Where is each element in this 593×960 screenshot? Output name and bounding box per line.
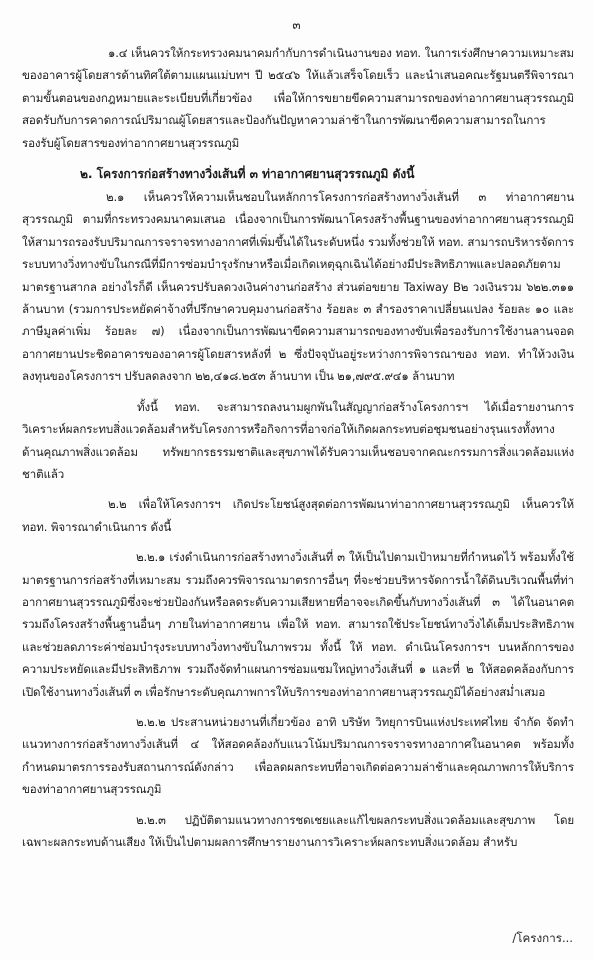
section-2-heading: ๒. โครงการก่อสร้างทางวิ่งเส้นที่ ๓ ท่าอา… bbox=[22, 162, 574, 186]
document-page: ๓ ๑.๔ เห็นควรให้กระทรวงคมนาคมกำกับการดำเ… bbox=[0, 0, 593, 960]
page-number: ๓ bbox=[0, 16, 593, 35]
paragraph-2-1: ๒.๑ เห็นควรให้ความเห็นชอบในหลักการโครงกา… bbox=[22, 186, 574, 388]
paragraph-2-2-1: ๒.๒.๑ เร่งดำเนินการก่อสร้างทางวิ่งเส้นที… bbox=[22, 546, 574, 703]
document-body: ๑.๔ เห็นควรให้กระทรวงคมนาคมกำกับการดำเนิ… bbox=[22, 42, 574, 853]
paragraph-2-1-note: ทั้งนี้ ทอท. จะสามารถลงนามผูกพันในสัญญาก… bbox=[22, 396, 574, 486]
paragraph-1-4: ๑.๔ เห็นควรให้กระทรวงคมนาคมกำกับการดำเนิ… bbox=[22, 42, 574, 154]
paragraph-2-2-3: ๒.๒.๓ ปฏิบัติตามแนวทางการชดเชยและแก้ไขผล… bbox=[22, 809, 574, 854]
continuation-marker: /โครงการ... bbox=[512, 930, 573, 948]
paragraph-2-2-2: ๒.๒.๒ ประสานหน่วยงานที่เกี่ยวข้อง อาทิ บ… bbox=[22, 711, 574, 801]
paragraph-2-2: ๒.๒ เพื่อให้โครงการฯ เกิดประโยชน์สูงสุดต… bbox=[22, 493, 574, 538]
